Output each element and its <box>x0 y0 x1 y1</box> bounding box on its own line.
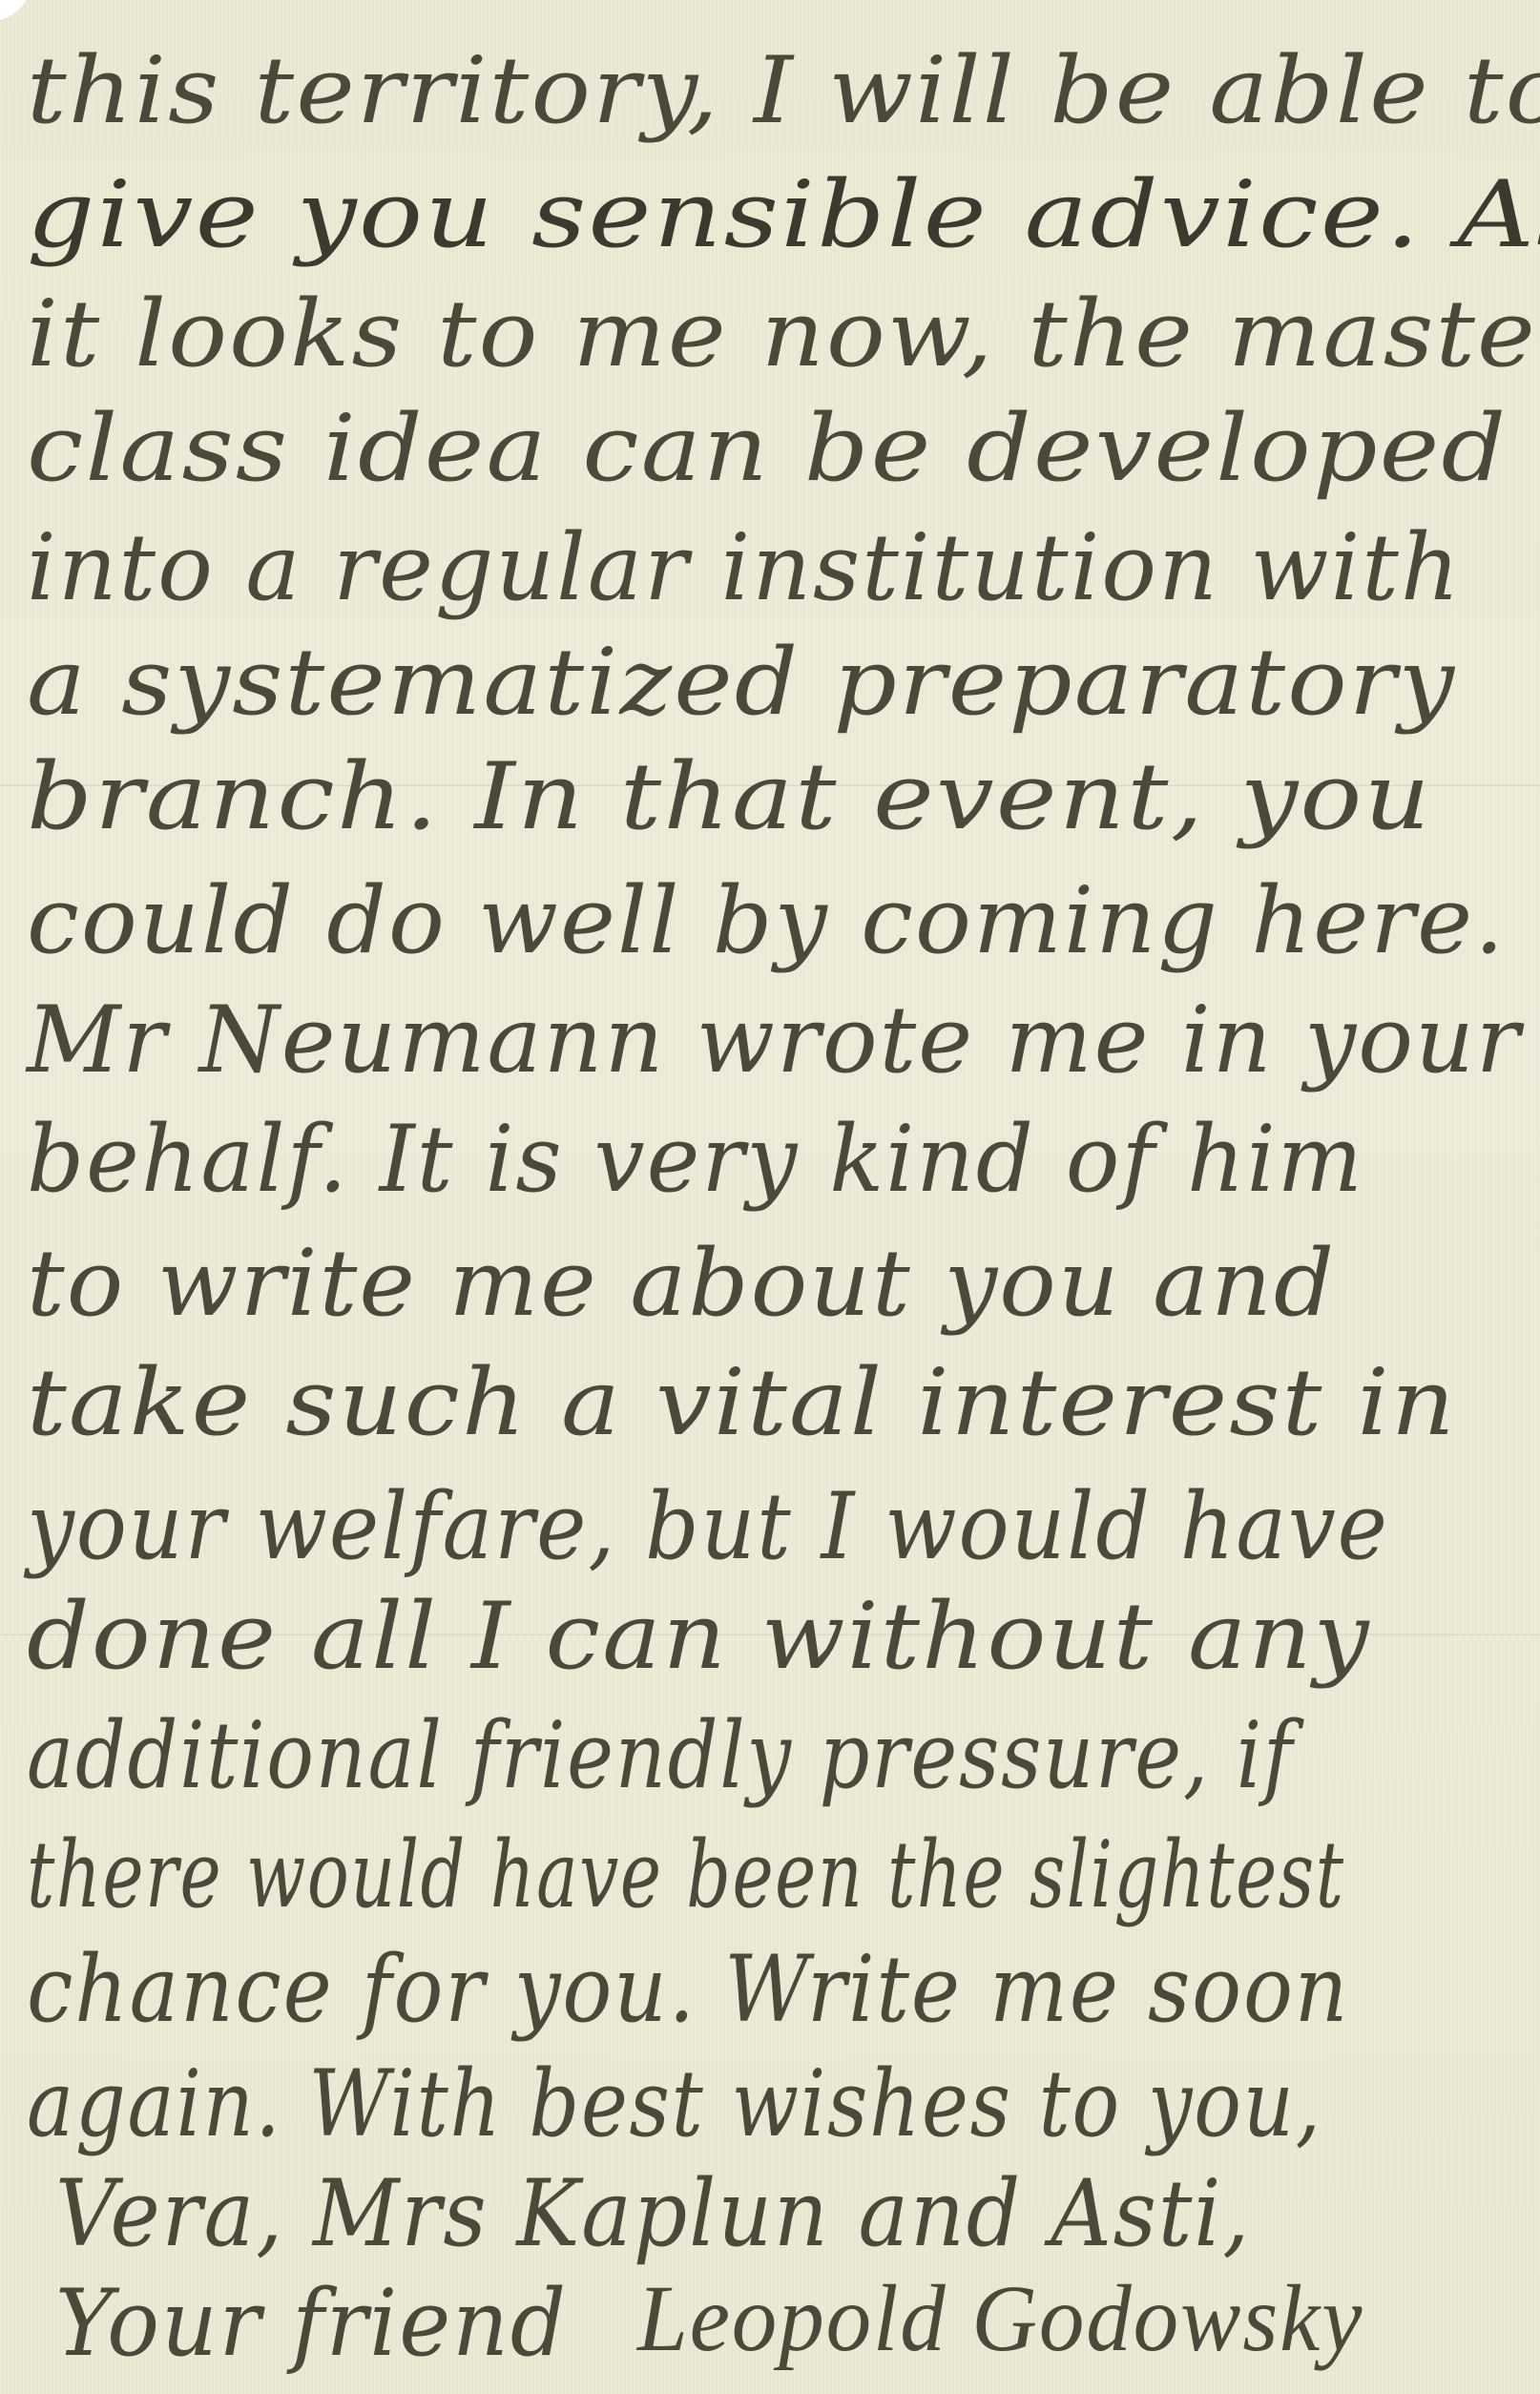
letter-line: give you sensible advice. As <box>27 162 1540 267</box>
letter-line: could do well by coming here. <box>27 868 1506 973</box>
torn-corner <box>0 0 42 25</box>
letter-page: this territory, I will be able to give y… <box>0 0 1540 2394</box>
letter-line: take such a vital interest in <box>27 1350 1457 1455</box>
letter-line: class idea can be developed <box>27 396 1508 501</box>
letter-line: chance for you. Write me soon <box>27 1937 1349 2042</box>
letter-line: this territory, I will be able to <box>27 38 1540 143</box>
letter-line: again. With best wishes to you, <box>27 2051 1322 2156</box>
letter-line: a systematized preparatory <box>27 630 1456 735</box>
letter-line: to write me about you and <box>27 1231 1336 1336</box>
signature: Leopold Godowsky <box>637 2266 1363 2371</box>
letter-line: behalf. It is very kind of him <box>27 1107 1364 1212</box>
letter-line: your welfare, but I would have <box>27 1474 1389 1579</box>
letter-line: branch. In that event, you <box>27 744 1432 849</box>
letter-line: additional friendly pressure, if <box>27 1703 1294 1808</box>
letter-line: there would have been the slightest <box>27 1822 1345 1927</box>
closing-regards-line: Vera, Mrs Kaplun and Asti, <box>55 2161 1251 2266</box>
sign-off: Your friend <box>55 2271 568 2376</box>
letter-line: Mr Neumann wrote me in your <box>27 988 1522 1093</box>
letter-line: into a regular institution with <box>27 515 1462 620</box>
letter-line: done all I can without any <box>27 1584 1371 1689</box>
letter-line: it looks to me now, the master <box>27 281 1540 386</box>
